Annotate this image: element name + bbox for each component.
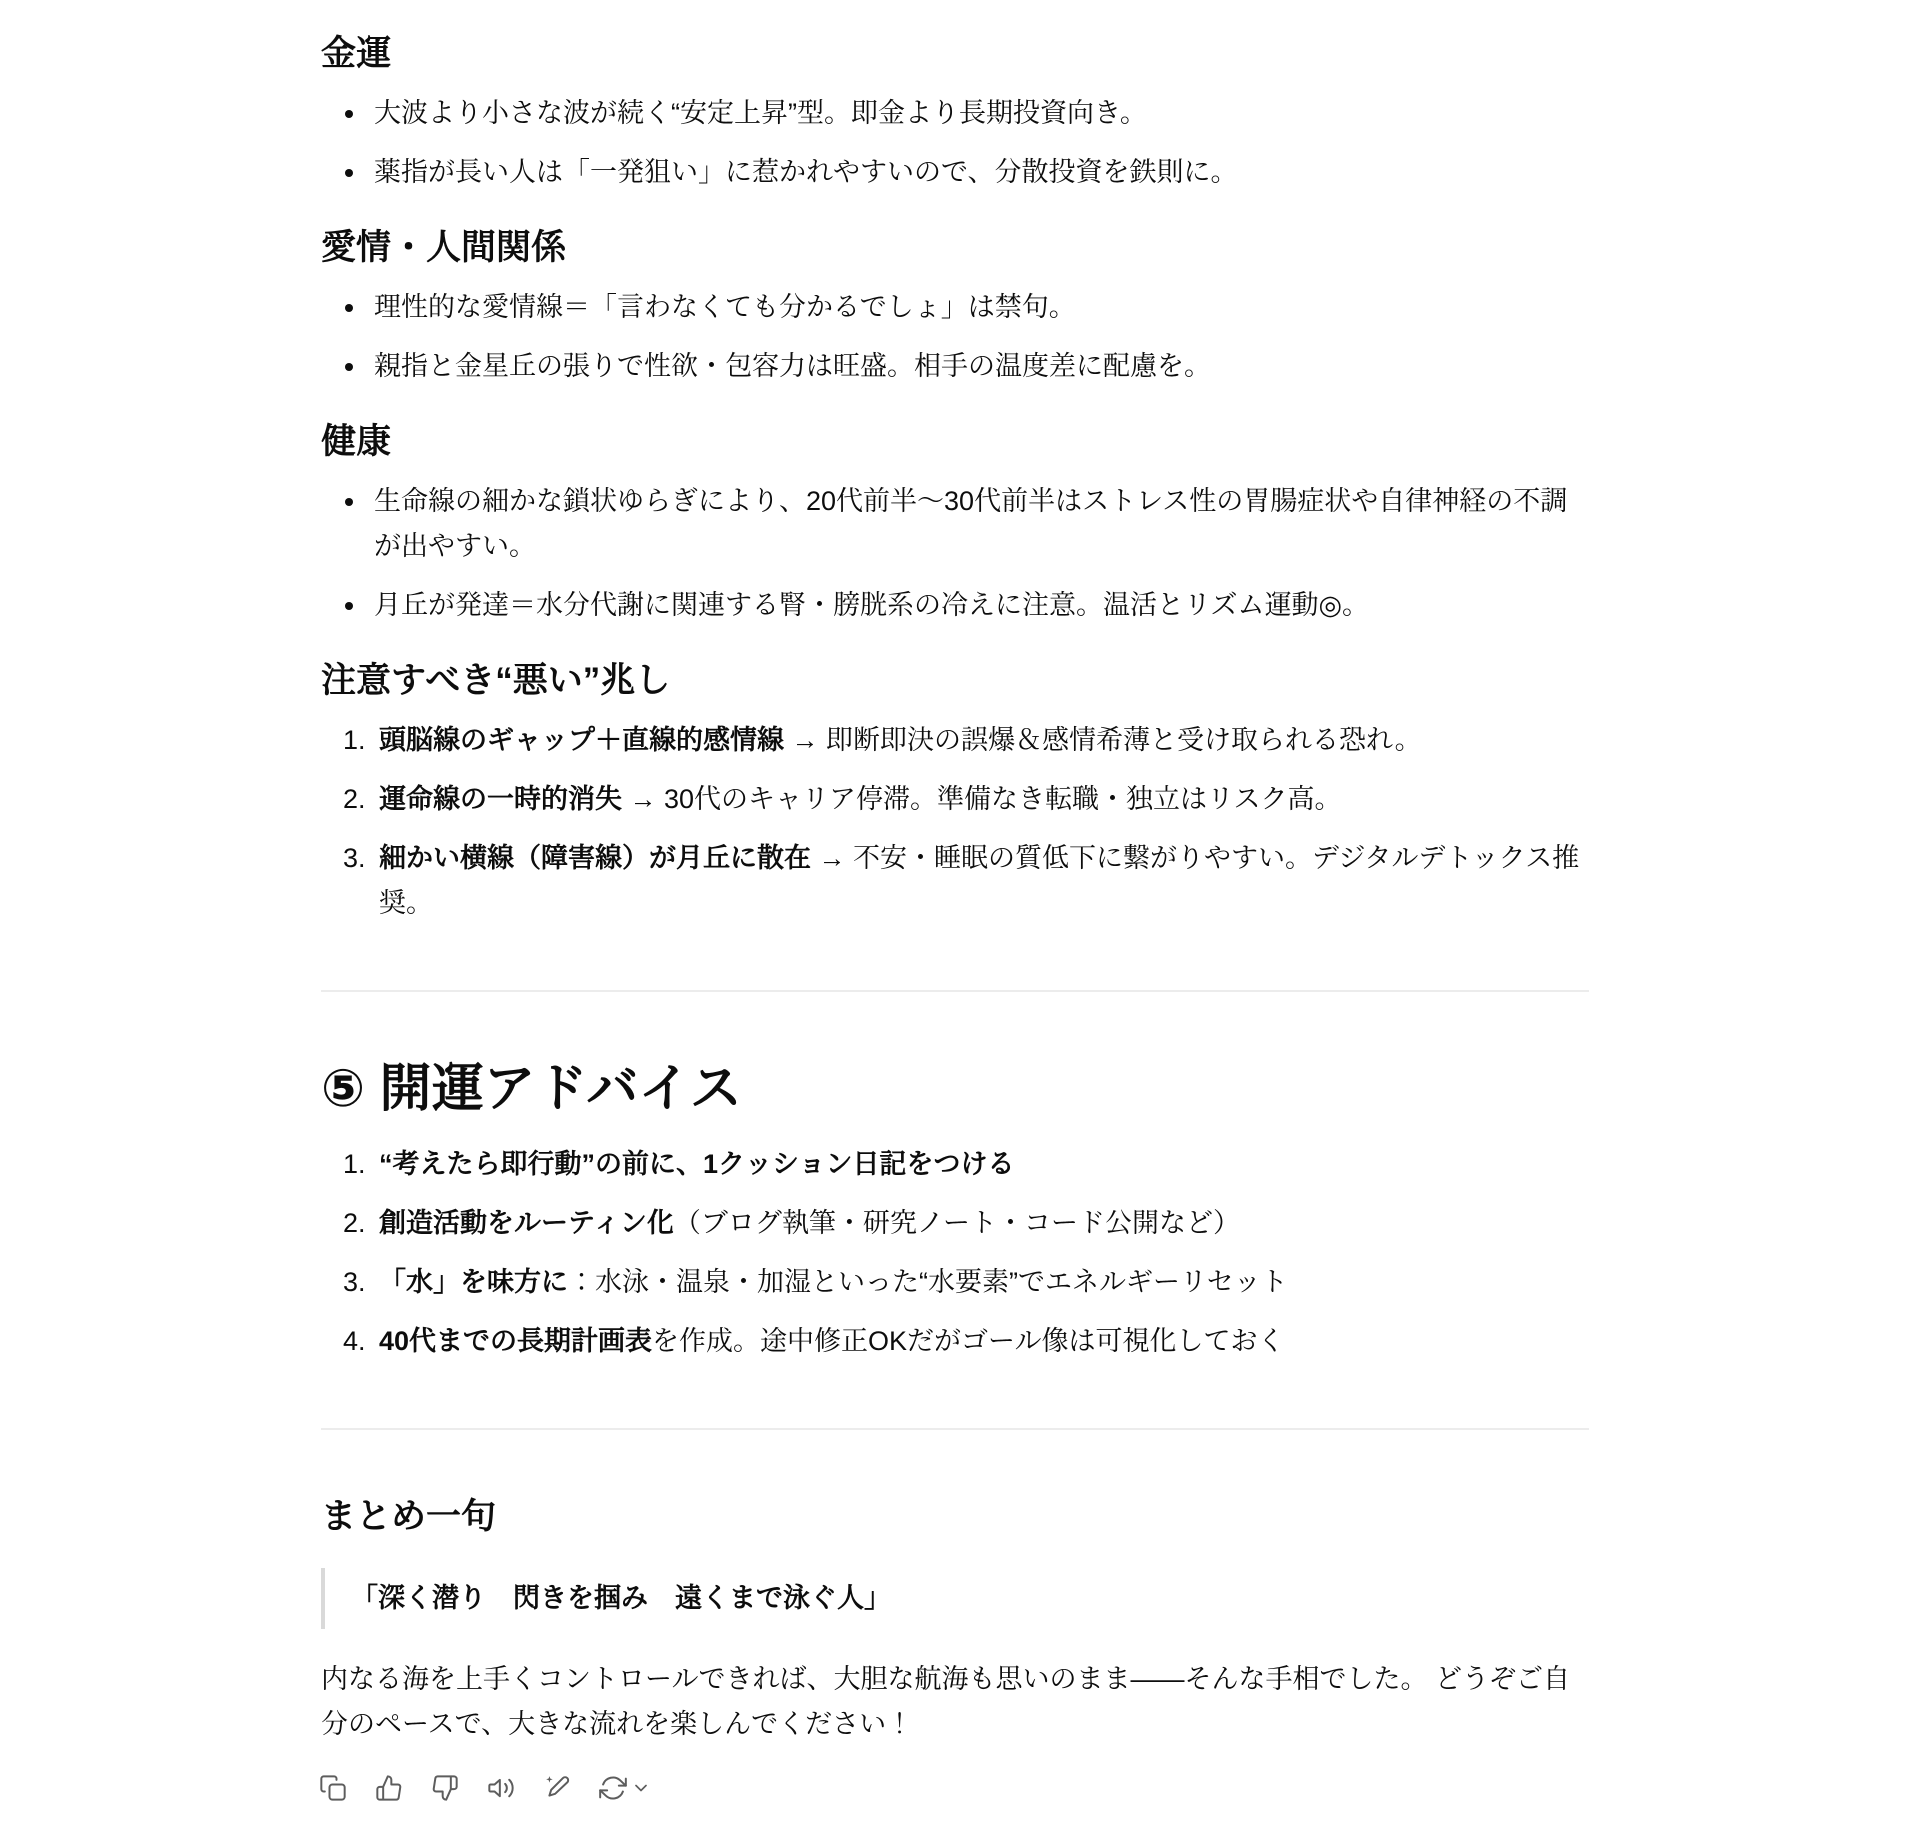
regenerate-button[interactable] xyxy=(596,1771,654,1805)
numbered-item: 運命線の一時的消失 → 30代のキャリア停滞。準備なき転職・独立はリスク高。 xyxy=(373,777,1589,822)
list-item-text: 大波より小さな波が続く“安定上昇”型。即金より長期投資向き。 xyxy=(374,98,1147,128)
section-heading-health: 健康 xyxy=(321,419,1589,465)
summary-quote: 「深く潜り 閃きを掴み 遠くまで泳ぐ人」 xyxy=(321,1568,1589,1629)
numbered-item: 頭脳線のギャップ＋直線的感情線 → 即断即決の誤爆＆感情希薄と受け取られる恐れ。 xyxy=(373,718,1589,763)
advice-list: “考えたら即行動”の前に、1クッション日記をつける 創造活動をルーティン化（ブロ… xyxy=(321,1142,1589,1364)
love-list: 理性的な愛情線＝「言わなくても分かるでしょ」は禁句。 親指と金星丘の張りで性欲・… xyxy=(321,285,1589,389)
thumbs-down-button[interactable] xyxy=(428,1771,462,1805)
thumbs-down-icon xyxy=(431,1774,459,1802)
regenerate-icon xyxy=(599,1774,627,1802)
summary-quote-text: 「深く潜り 閃きを掴み 遠くまで泳ぐ人」 xyxy=(351,1583,891,1613)
section-heading-money: 金運 xyxy=(321,31,1589,77)
warning-title: 運命線の一時的消失 xyxy=(379,784,622,814)
section-heading-love: 愛情・人間関係 xyxy=(321,225,1589,271)
advice-text: （ブログ執筆・研究ノート・コード公開など） xyxy=(674,1208,1240,1238)
numbered-item: 細かい横線（障害線）が月丘に散在 → 不安・睡眠の質低下に繋がりやすい。デジタル… xyxy=(373,836,1589,926)
list-item: 生命線の細かな鎖状ゆらぎにより、20代前半〜30代前半はストレス性の胃腸症状や自… xyxy=(368,479,1589,569)
advice-title: 40代までの長期計画表 xyxy=(379,1326,652,1356)
edit-icon xyxy=(543,1774,571,1802)
list-item-text: 生命線の細かな鎖状ゆらぎにより、20代前半〜30代前半はストレス性の胃腸症状や自… xyxy=(374,486,1567,561)
section-divider xyxy=(321,990,1589,992)
numbered-item: “考えたら即行動”の前に、1クッション日記をつける xyxy=(373,1142,1589,1187)
assistant-message: 金運 大波より小さな波が続く“安定上昇”型。即金より長期投資向き。 薬指が長い人… xyxy=(321,0,1589,1805)
list-item-text: 月丘が発達＝水分代謝に関連する腎・膀胱系の冷えに注意。温活とリズム運動◎。 xyxy=(374,590,1369,620)
section-heading-advice: ⑤ 開運アドバイス xyxy=(321,1058,1589,1120)
advice-title: 「水」を味方に xyxy=(379,1267,568,1297)
advice-title: “考えたら即行動”の前に、1クッション日記をつける xyxy=(379,1149,1014,1179)
message-action-bar xyxy=(316,1771,1589,1805)
advice-text: を作成。途中修正OKだがゴール像は可視化しておく xyxy=(652,1326,1284,1356)
advice-text: ：水泳・温泉・加湿といった“水要素”でエネルギーリセット xyxy=(568,1267,1288,1297)
read-aloud-button[interactable] xyxy=(484,1771,518,1805)
chevron-down-icon xyxy=(631,1778,651,1798)
list-item-text: 薬指が長い人は「一発狙い」に惹かれやすいので、分散投資を鉄則に。 xyxy=(374,157,1237,187)
advice-title: 創造活動をルーティン化 xyxy=(379,1208,674,1238)
thumbs-up-icon xyxy=(375,1774,403,1802)
list-item: 理性的な愛情線＝「言わなくても分かるでしょ」は禁句。 xyxy=(368,285,1589,330)
section-divider xyxy=(321,1428,1589,1430)
list-item-text: 親指と金星丘の張りで性欲・包容力は旺盛。相手の温度差に配慮を。 xyxy=(374,351,1211,381)
warning-text: → 即断即決の誤爆＆感情希薄と受け取られる恐れ。 xyxy=(784,725,1422,755)
copy-button[interactable] xyxy=(316,1771,350,1805)
numbered-item: 「水」を味方に：水泳・温泉・加湿といった“水要素”でエネルギーリセット xyxy=(373,1260,1589,1305)
list-item: 月丘が発達＝水分代謝に関連する腎・膀胱系の冷えに注意。温活とリズム運動◎。 xyxy=(368,583,1589,628)
edit-button[interactable] xyxy=(540,1771,574,1805)
warning-text: → 30代のキャリア停滞。準備なき転職・独立はリスク高。 xyxy=(622,784,1342,814)
read-aloud-icon xyxy=(487,1774,515,1802)
health-list: 生命線の細かな鎖状ゆらぎにより、20代前半〜30代前半はストレス性の胃腸症状や自… xyxy=(321,479,1589,628)
warnings-list: 頭脳線のギャップ＋直線的感情線 → 即断即決の誤爆＆感情希薄と受け取られる恐れ。… xyxy=(321,718,1589,926)
numbered-item: 40代までの長期計画表を作成。途中修正OKだがゴール像は可視化しておく xyxy=(373,1319,1589,1364)
list-item: 親指と金星丘の張りで性欲・包容力は旺盛。相手の温度差に配慮を。 xyxy=(368,344,1589,389)
section-heading-warnings: 注意すべき“悪い”兆し xyxy=(321,658,1589,704)
warning-title: 細かい横線（障害線）が月丘に散在 xyxy=(379,843,811,873)
section-heading-summary: まとめ一句 xyxy=(321,1494,1589,1540)
copy-icon xyxy=(319,1774,347,1802)
numbered-item: 創造活動をルーティン化（ブログ執筆・研究ノート・コード公開など） xyxy=(373,1201,1589,1246)
list-item: 大波より小さな波が続く“安定上昇”型。即金より長期投資向き。 xyxy=(368,91,1589,136)
list-item: 薬指が長い人は「一発狙い」に惹かれやすいので、分散投資を鉄則に。 xyxy=(368,150,1589,195)
closing-paragraph: 内なる海を上手くコントロールできれば、大胆な航海も思いのまま——そんな手相でした… xyxy=(321,1657,1589,1747)
warning-title: 頭脳線のギャップ＋直線的感情線 xyxy=(379,725,784,755)
money-list: 大波より小さな波が続く“安定上昇”型。即金より長期投資向き。 薬指が長い人は「一… xyxy=(321,91,1589,195)
page: { "page": { "background": "#ffffff", "te… xyxy=(0,0,1920,1837)
list-item-text: 理性的な愛情線＝「言わなくても分かるでしょ」は禁句。 xyxy=(374,292,1076,322)
thumbs-up-button[interactable] xyxy=(372,1771,406,1805)
